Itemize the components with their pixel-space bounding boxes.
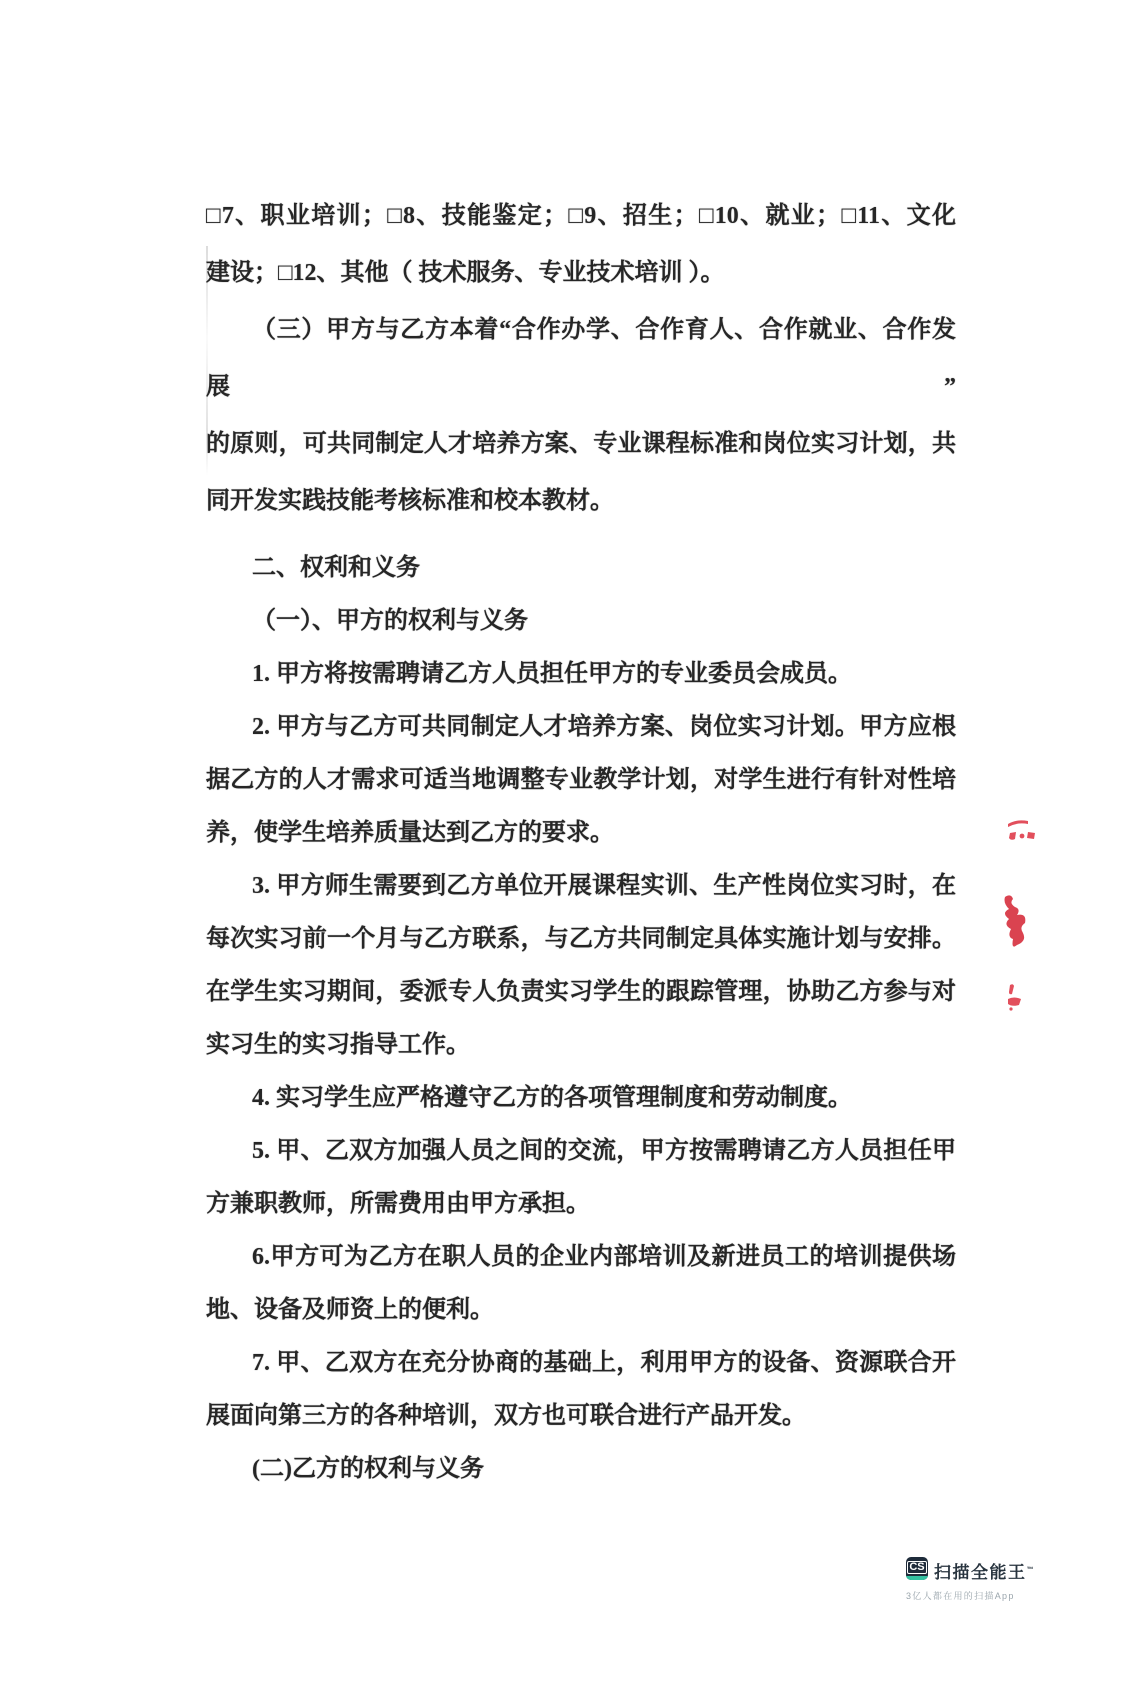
document-line: 方兼职教师，所需费用由甲方承担。 xyxy=(206,1178,956,1231)
red-ink-fragment-top xyxy=(1002,818,1042,846)
camscanner-logo-icon: CS xyxy=(906,1557,928,1580)
document-line: 6.甲方可为乙方在职人员的企业内部培训及新进员工的培训提供场 xyxy=(206,1231,956,1284)
document-line: 1. 甲方将按需聘请乙方人员担任甲方的专业委员会成员。 xyxy=(206,648,956,701)
camscanner-logo-label: CS xyxy=(907,1561,926,1574)
document-line: □7、职业培训；□8、技能鉴定；□9、招生；□10、就业；□11、文化 xyxy=(206,188,956,245)
document-line: （三）甲方与乙方本着“合作办学、合作育人、合作就业、合作发展” xyxy=(206,302,956,416)
section-heading: 二、权利和义务 xyxy=(206,542,956,595)
scanned-document-page: □7、职业培训；□8、技能鉴定；□9、招生；□10、就业；□11、文化 建设；□… xyxy=(0,0,1144,1696)
red-ink-fragment-bottom xyxy=(1004,982,1026,1012)
document-line: 展面向第三方的各种培训，双方也可联合进行产品开发。 xyxy=(206,1390,956,1443)
document-line: 据乙方的人才需求可适当地调整专业教学计划，对学生进行有针对性培 xyxy=(206,754,956,807)
text-block-rights-obligations: 二、权利和义务 （一）、甲方的权利与义务 1. 甲方将按需聘请乙方人员担任甲方的… xyxy=(206,542,956,1496)
document-line: 建设；□12、其他（ 技术服务、专业技术培训 ）。 xyxy=(206,245,956,302)
document-line: 3. 甲方师生需要到乙方单位开展课程实训、生产性岗位实习时，在 xyxy=(206,860,956,913)
red-ink-fragment-middle xyxy=(1000,893,1030,953)
subsection-heading: (二)乙方的权利与义务 xyxy=(206,1443,956,1496)
document-line: 4. 实习学生应严格遵守乙方的各项管理制度和劳动制度。 xyxy=(206,1072,956,1125)
document-line: 2. 甲方与乙方可共同制定人才培养方案、岗位实习计划。甲方应根 xyxy=(206,701,956,754)
trademark-symbol: ™ xyxy=(1027,1566,1034,1573)
document-line: 实习生的实习指导工作。 xyxy=(206,1019,956,1072)
document-line: 在学生实习期间，委派专人负责实习学生的跟踪管理，协助乙方参与对 xyxy=(206,966,956,1019)
document-line: 地、设备及师资上的便利。 xyxy=(206,1284,956,1337)
document-line: 的原则，可共同制定人才培养方案、专业课程标准和岗位实习计划，共 xyxy=(206,416,956,473)
watermark-app-name: 扫描全能王™ xyxy=(934,1558,1034,1583)
document-line: 7. 甲、乙双方在充分协商的基础上，利用甲方的设备、资源联合开 xyxy=(206,1337,956,1390)
watermark-app-name-text: 扫描全能王 xyxy=(934,1563,1027,1582)
subsection-heading: （一）、甲方的权利与义务 xyxy=(206,595,956,648)
document-line: 每次实习前一个月与乙方联系，与乙方共同制定具体实施计划与安排。 xyxy=(206,913,956,966)
document-line: 同开发实践技能考核标准和校本教材。 xyxy=(206,473,956,530)
watermark-tagline: 3亿人都在用的扫描App xyxy=(906,1589,1015,1602)
document-line: 5. 甲、乙双方加强人员之间的交流，甲方按需聘请乙方人员担任甲 xyxy=(206,1125,956,1178)
contract-text-body: □7、职业培训；□8、技能鉴定；□9、招生；□10、就业；□11、文化 建设；□… xyxy=(206,188,956,1496)
text-block-top: □7、职业培训；□8、技能鉴定；□9、招生；□10、就业；□11、文化 建设；□… xyxy=(206,188,956,530)
document-line: 养，使学生培养质量达到乙方的要求。 xyxy=(206,807,956,860)
